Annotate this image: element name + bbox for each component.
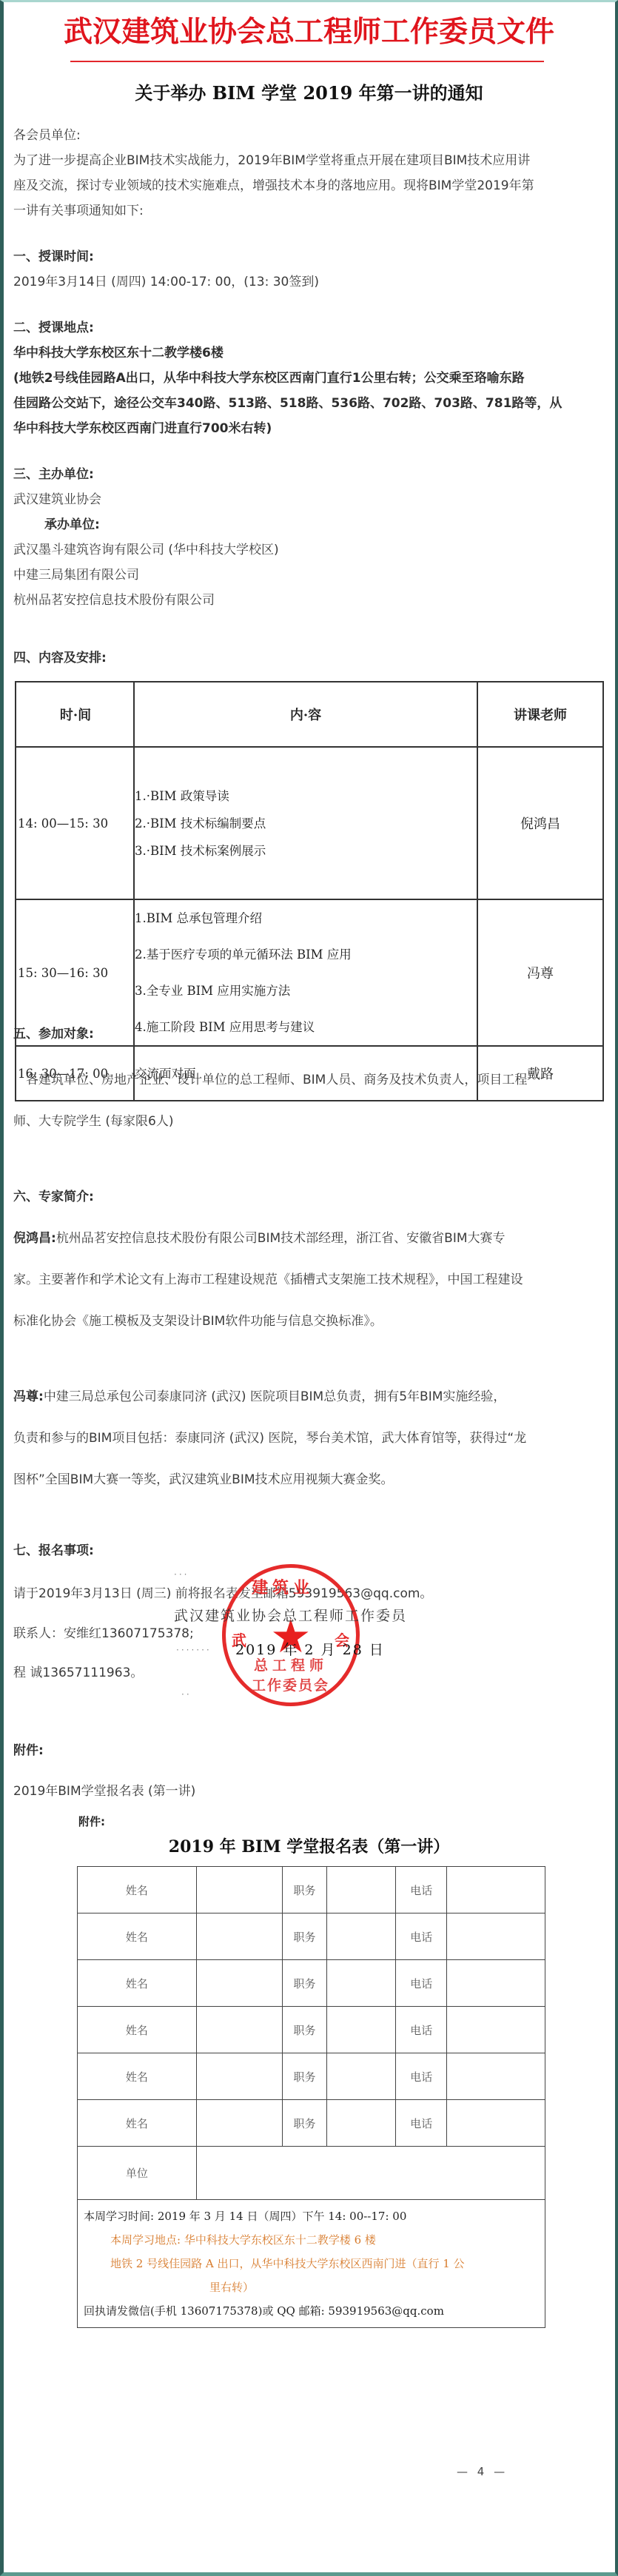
- position-field[interactable]: [327, 1867, 396, 1913]
- seal-text-top: 建筑业: [252, 1575, 314, 1598]
- schedule-row: 15: 30—16: 30 1.BIM 总承包管理介绍 2.基于医疗专项的单元循…: [16, 899, 603, 1046]
- section-heading-registration: 七、报名事项:: [13, 1538, 94, 1563]
- expert-bio-line: 图杯”全国BIM大赛一等奖，武汉建筑业BIM技术应用视频大赛金奖。: [13, 1467, 394, 1492]
- expert-bio-line: 冯尊:中建三局总承包公司泰康同济 (武汉) 医院项目BIM总负责，拥有5年BIM…: [13, 1384, 506, 1409]
- attachment-heading: 附件:: [13, 1738, 44, 1763]
- class-place: 华中科技大学东校区东十二教学楼6楼: [13, 341, 224, 366]
- form-attachment-label: 附件:: [78, 1814, 105, 1829]
- position-field[interactable]: [327, 1913, 396, 1960]
- form-notes-row: 本周学习时间: 2019 年 3 月 14 日（周四）下午 14: 00--17…: [78, 2200, 545, 2328]
- phone-label: 电话: [396, 1867, 447, 1913]
- form-row: 姓名 职务 电话: [78, 2100, 545, 2147]
- phone-label: 电话: [396, 1960, 447, 2007]
- position-label: 职务: [282, 1913, 327, 1960]
- co-host: 杭州品茗安控信息技术股份有限公司: [13, 588, 215, 613]
- registration-form-table: 姓名 职务 电话 姓名 职务 电话 姓名 职务 电话 姓名 职务 电话 姓名 职…: [77, 1866, 545, 2328]
- form-row: 姓名 职务 电话: [78, 2053, 545, 2100]
- schedule-content: 1.BIM 总承包管理介绍 2.基于医疗专项的单元循环法 BIM 应用 3.全专…: [134, 899, 477, 1046]
- phone-field[interactable]: [447, 2100, 545, 2147]
- name-label: 姓名: [78, 1867, 197, 1913]
- position-field[interactable]: [327, 2007, 396, 2053]
- directions-line: (地铁2号线佳园路A出口，从华中科技大学东校区西南门直行1公里右转；公交乘至珞喻…: [13, 366, 525, 391]
- contact-line: 程 诚13657111963。: [13, 1660, 143, 1686]
- phone-label: 电话: [396, 2007, 447, 2053]
- form-title: 2019 年 BIM 学堂报名表（第一讲）: [0, 1834, 618, 1857]
- schedule-row: 14: 00—15: 30 1.·BIM 政策导读 2.·BIM 技术标编制要点…: [16, 747, 603, 899]
- expert-name: 冯尊:: [13, 1389, 44, 1404]
- phone-label: 电话: [396, 2053, 447, 2100]
- form-row: 姓名 职务 电话: [78, 1960, 545, 2007]
- position-label: 职务: [282, 1960, 327, 2007]
- name-field[interactable]: [196, 2007, 282, 2053]
- host-org: 武汉建筑业协会: [13, 487, 101, 512]
- signature-org: 武汉建筑业协会总工程师工作委员: [174, 1605, 407, 1625]
- name-label: 姓名: [78, 2100, 197, 2147]
- directions-line: 佳园路公交站下，途径公交车340路、513路、518路、536路、702路、70…: [13, 391, 562, 416]
- schedule-item: 2.·BIM 技术标编制要点: [135, 810, 477, 837]
- phone-label: 电话: [396, 1913, 447, 1960]
- co-host: 武汉墨斗建筑咨询有限公司 (华中科技大学校区): [13, 537, 279, 563]
- position-field[interactable]: [327, 1960, 396, 2007]
- form-row: 姓名 职务 电话: [78, 1867, 545, 1913]
- expert-name: 倪鸿昌:: [13, 1231, 56, 1246]
- col-header-content: 内·容: [134, 682, 477, 747]
- schedule-content: 1.·BIM 政策导读 2.·BIM 技术标编制要点 3.·BIM 技术标案例展…: [134, 747, 477, 899]
- audience-line: 师、大专院学生 (每家限6人): [13, 1109, 173, 1134]
- phone-field[interactable]: [447, 2053, 545, 2100]
- form-row: 姓名 职务 电话: [78, 1913, 545, 1960]
- schedule-time: 14: 00—15: 30: [16, 747, 134, 899]
- study-route: 里右转）: [84, 2275, 539, 2299]
- registration-line: 请于2019年3月13日 (周三) 前将报名表发至邮箱593919563@qq.…: [13, 1581, 432, 1606]
- name-field[interactable]: [196, 1867, 282, 1913]
- section-heading-time: 一、授课时间:: [13, 244, 94, 269]
- reply-instructions: 回执请发微信(手机 13607175378)或 QQ 邮箱: 593919563…: [84, 2299, 539, 2323]
- expert-bio-line: 倪鸿昌:杭州品茗安控信息技术股份有限公司BIM技术部经理，浙江省、安徽省BIM大…: [13, 1226, 506, 1251]
- schedule-item: 3.全专业 BIM 应用实施方法: [135, 973, 477, 1009]
- name-field[interactable]: [196, 2053, 282, 2100]
- red-divider: [70, 61, 544, 62]
- name-field[interactable]: [196, 1960, 282, 2007]
- notice-title: 关于举办 BIM 学堂 2019 年第一讲的通知: [0, 81, 618, 105]
- page-number: — 4 —: [457, 2465, 508, 2478]
- position-label: 职务: [282, 2100, 327, 2147]
- class-time: 2019年3月14日 (周四) 14:00-17: 00，(13: 30签到): [13, 269, 319, 295]
- name-label: 姓名: [78, 1960, 197, 2007]
- expert-bio-line: 家。主要著作和学术论文有上海市工程建设规范《插槽式支架施工技术规程》，中国工程建…: [13, 1267, 523, 1292]
- name-field[interactable]: [196, 1913, 282, 1960]
- schedule-item: 3.·BIM 技术标案例展示: [135, 837, 477, 865]
- intro-line: 为了进一步提高企业BIM技术实战能力，2019年BIM学堂将重点开展在建项目BI…: [13, 148, 530, 173]
- signature-date: 2019 年 2 月 28 日: [235, 1639, 385, 1659]
- study-route: 地铁 2 号线佳园路 A 出口，从华中科技大学东校区西南门进（直行 1 公: [84, 2252, 539, 2275]
- section-heading-experts: 六、专家简介:: [13, 1184, 94, 1210]
- placeholder-dots: ·······: [176, 1645, 212, 1655]
- study-place: 本周学习地点: 华中科技大学东校区东十二教学楼 6 楼: [84, 2228, 539, 2252]
- form-notes: 本周学习时间: 2019 年 3 月 14 日（周四）下午 14: 00--17…: [78, 2200, 545, 2328]
- contact-line: 联系人：安维红13607175378;: [13, 1621, 194, 1646]
- directions-line: 华中科技大学东校区西南门进直行700米右转): [13, 416, 272, 441]
- position-label: 职务: [282, 1867, 327, 1913]
- schedule-teacher: 倪鸿昌: [477, 747, 603, 899]
- phone-field[interactable]: [447, 2007, 545, 2053]
- col-header-teacher: 讲课老师: [477, 682, 603, 747]
- section-heading-audience: 五、参加对象:: [13, 1022, 94, 1047]
- study-time: 本周学习时间: 2019 年 3 月 14 日（周四）下午 14: 00--17…: [84, 2204, 539, 2228]
- schedule-item: 2.基于医疗专项的单元循环法 BIM 应用: [135, 936, 477, 973]
- section-heading-location: 二、授课地点:: [13, 315, 94, 341]
- co-host-heading: 承办单位:: [44, 512, 100, 537]
- schedule-teacher: 冯尊: [477, 899, 603, 1046]
- name-label: 姓名: [78, 2007, 197, 2053]
- schedule-item: 1.·BIM 政策导读: [135, 782, 477, 810]
- audience-line: 各建筑单位、房地产企业、设计单位的总工程师、BIM人员、商务及技术负责人，项目工…: [13, 1067, 527, 1093]
- salutation: 各会员单位:: [13, 123, 81, 148]
- unit-label: 单位: [78, 2147, 197, 2200]
- name-field[interactable]: [196, 2100, 282, 2147]
- unit-field[interactable]: [196, 2147, 545, 2200]
- placeholder-dots: ··: [181, 1689, 192, 1700]
- position-label: 职务: [282, 2053, 327, 2100]
- section-heading-organizers: 三、主办单位:: [13, 462, 94, 487]
- position-field[interactable]: [327, 2100, 396, 2147]
- name-label: 姓名: [78, 2053, 197, 2100]
- intro-line: 座及交流，探讨专业领域的技术实施难点，增强技术本身的落地应用。现将BIM学堂20…: [13, 173, 534, 198]
- phone-field[interactable]: [447, 1867, 545, 1913]
- expert-bio-line: 标准化协会《施工模板及支架设计BIM软件功能与信息交换标准》。: [13, 1309, 383, 1334]
- seal-text-bottom: 工作委员会: [252, 1674, 329, 1694]
- placeholder-dots: ···: [174, 1569, 189, 1580]
- phone-field[interactable]: [447, 1913, 545, 1960]
- co-host: 中建三局集团有限公司: [13, 563, 139, 588]
- schedule-table: 时·间 内·容 讲课老师 14: 00—15: 30 1.·BIM 政策导读 2…: [15, 681, 604, 1101]
- position-label: 职务: [282, 2007, 327, 2053]
- document-org-title: 武汉建筑业协会总工程师工作委员文件: [0, 15, 618, 49]
- position-field[interactable]: [327, 2053, 396, 2100]
- schedule-item: 1.BIM 总承包管理介绍: [135, 900, 477, 936]
- attachment-name: 2019年BIM学堂报名表 (第一讲): [13, 1779, 195, 1804]
- form-row: 姓名 职务 电话: [78, 2007, 545, 2053]
- col-header-time: 时·间: [16, 682, 134, 747]
- phone-field[interactable]: [447, 1960, 545, 2007]
- expert-bio-line: 负责和参与的BIM项目包括：泰康同济 (武汉) 医院，琴台美术馆，武大体育馆等，…: [13, 1426, 526, 1451]
- intro-line: 一讲有关事项通知如下:: [13, 198, 144, 224]
- schedule-header-row: 时·间 内·容 讲课老师: [16, 682, 603, 747]
- schedule-item: 4.施工阶段 BIM 应用思考与建议: [135, 1009, 477, 1045]
- phone-label: 电话: [396, 2100, 447, 2147]
- section-heading-schedule: 四、内容及安排:: [13, 645, 107, 671]
- name-label: 姓名: [78, 1913, 197, 1960]
- form-row-unit: 单位: [78, 2147, 545, 2200]
